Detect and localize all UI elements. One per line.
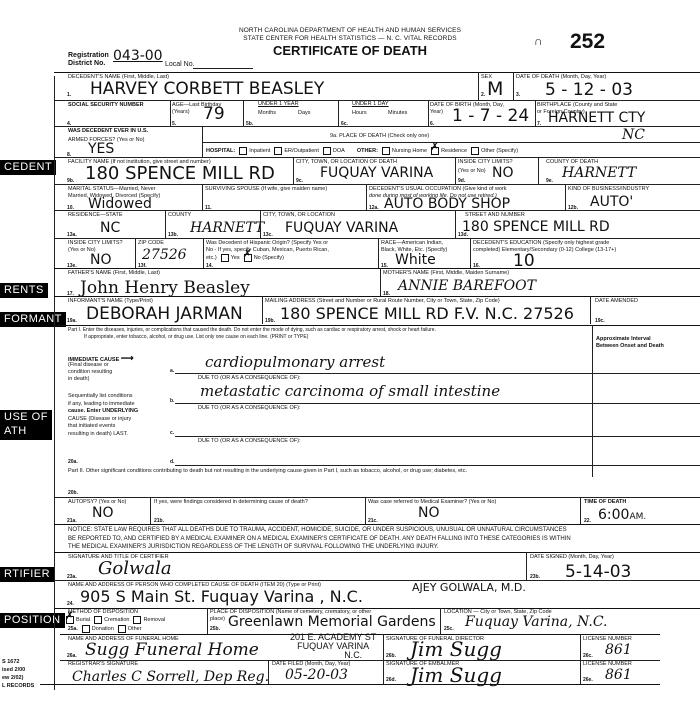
age-years-label: (Years) (172, 109, 190, 116)
date-signed: 5-14-03 (565, 563, 631, 581)
method-options-row-2: 25a. Donation Other (68, 625, 142, 633)
hours-label: Hours (352, 110, 367, 117)
sex-value: M (487, 80, 503, 98)
checkbox-label: ER/Outpatient (284, 148, 319, 155)
minutes-label: Minutes (388, 110, 407, 117)
checkbox-label: Other (Specify) (481, 148, 518, 155)
doa-checkbox[interactable] (323, 147, 331, 155)
field-number: 19c. (595, 318, 605, 324)
field-number: 2. (481, 92, 485, 98)
under-day-label: UNDER 1 DAY (352, 101, 389, 108)
mother-name: ANNIE BAREFOOT (398, 279, 536, 294)
field-number: 25b. (210, 626, 220, 632)
father-name: John Henry Beasley (80, 279, 250, 297)
section-tab-cause-of-death: USE OF ATH (0, 410, 52, 440)
field-number: 1. (67, 92, 71, 98)
registration-label: Registration District No. (68, 52, 109, 67)
cause-line-a: cardiopulmonary arrest (205, 355, 385, 370)
part-1-text: Part I. Enter the diseases, injuries, or… (68, 327, 436, 334)
city-of-death: FUQUAY VARINA (320, 166, 433, 181)
time-suffix: AM. (629, 512, 646, 522)
place-of-disposition-label-2: place) (210, 616, 225, 623)
birthplace-line-2: NC (622, 128, 645, 143)
facility-name: 180 SPENCE MILL RD (85, 165, 275, 183)
er-outpatient-checkbox[interactable] (274, 147, 282, 155)
inpatient-checkbox[interactable] (239, 147, 247, 155)
checkbox-label: Removal (143, 617, 165, 624)
sequential-cause-sub: Sequentially list conditions if any, lea… (68, 393, 138, 438)
zip-label: ZIP CODE (138, 240, 164, 247)
birthplace: HARNETT CTY (548, 111, 645, 126)
sub-line: Sequentially list conditions (68, 393, 138, 401)
immediate-cause-sub: (Final disease or condition resulting in… (68, 362, 112, 383)
cause-line-letter: b. (170, 398, 174, 404)
sub-line: in death) (68, 376, 112, 383)
field-number: 3. (516, 92, 520, 98)
date-of-birth-label-2: Year) (430, 109, 443, 116)
ssn-label: SOCIAL SECURITY NUMBER (68, 102, 144, 109)
local-no-label: Local No. (165, 61, 195, 68)
burial-checkbox[interactable] (66, 616, 74, 624)
checkbox-label: Cremation (104, 617, 129, 624)
registration-label-2: District No. (68, 60, 109, 68)
field-number: 26d. (386, 677, 396, 683)
residence-checkbox[interactable] (431, 147, 439, 155)
under-year-label: UNDER 1 YEAR (258, 101, 299, 108)
occupation-label: DECEDENT'S USUAL OCCUPATION (Give kind o… (369, 186, 507, 193)
agency-line-1: NORTH CAROLINA DEPARTMENT OF HEALTH AND … (220, 27, 480, 35)
field-number: 20a. (68, 459, 78, 465)
hispanic-no-checkbox[interactable] (244, 254, 252, 262)
part-2-instructions: Part II. Other significant conditions co… (68, 468, 467, 475)
section-tab-certifier: RTIFIER (0, 567, 54, 582)
tab-cause-line-2: ATH (4, 424, 48, 438)
mother-name-label: MOTHER'S NAME (First, Middle, Maiden Sur… (383, 270, 509, 277)
hospital-label: HOSPITAL: (206, 148, 235, 155)
place-of-death-options: HOSPITAL: Inpatient ER/Outpatient DOA OT… (206, 147, 518, 155)
certificate-number: 252 (570, 30, 605, 54)
checkbox-label: No (Specify) (254, 255, 284, 262)
certifier-signature: Golwala (98, 560, 172, 578)
field-number: 26b. (386, 653, 396, 659)
field-number: 26e. (583, 677, 593, 683)
date-filed: 05-20-03 (285, 668, 348, 683)
date-of-death: 5 - 12 - 03 (545, 81, 633, 99)
hispanic-label-2: No - If yes, specify Cuban, Mexican, Pue… (206, 247, 329, 254)
age-value: 79 (203, 105, 225, 123)
completer-name: AJEY GOLWALA, M.D. (412, 580, 526, 595)
armed-forces-value: YES (88, 142, 114, 157)
residence-county: HARNETT (190, 221, 264, 236)
residence-county-label: COUNTY (168, 212, 191, 219)
field-number: 25c. (444, 626, 454, 632)
informant-address: 180 SPENCE MILL RD F.V. N.C. 27526 (280, 305, 574, 323)
time-value: 6:00 (598, 507, 629, 523)
interval-label: Approximate Interval Between Onset and D… (596, 336, 666, 349)
cremation-checkbox[interactable] (94, 616, 102, 624)
residence-state-label: RESIDENCE—STATE (68, 212, 123, 219)
other-specify-checkbox[interactable] (471, 147, 479, 155)
residence-inside-city-label: INSIDE CITY LIMITS? (68, 240, 123, 247)
field-number: 25a. (68, 626, 78, 633)
checkbox-label: Nursing Home (392, 148, 427, 155)
section-tab-parents: RENTS (0, 283, 48, 298)
medical-examiner-value: NO (418, 506, 440, 521)
other-disposition-checkbox[interactable] (118, 625, 126, 633)
residence-street: 180 SPENCE MILL RD (462, 220, 610, 235)
residence-state: NC (100, 221, 120, 236)
marital-status-label: MARITAL STATUS—Married, Never (68, 186, 156, 193)
registration-district: 043-00 (113, 49, 163, 64)
county-of-death: HARNETT (562, 166, 636, 181)
checkbox-label: Donation (92, 626, 114, 633)
inside-city-value: NO (492, 166, 514, 181)
father-name-label: FATHER'S NAME (First, Middle, Last) (68, 270, 160, 277)
sub-line: cause. Enter UNDERLYING (68, 408, 138, 416)
notice-line-1: NOTICE: STATE LAW REQUIRES THAT ALL DEAT… (68, 526, 698, 535)
findings-label: If yes, were findings considered in dete… (154, 499, 308, 506)
embalmer-license: 861 (605, 668, 632, 683)
disposition-location: Fuquay Varina, N.C. (465, 615, 608, 630)
funeral-home-address-line: FUQUAY VARINA (290, 642, 376, 651)
race-label: RACE—American Indian, (381, 240, 443, 247)
checkbox-label: DOA (333, 148, 345, 155)
cause-line-letter: a. (170, 368, 174, 374)
autopsy-value: NO (92, 506, 114, 521)
field-number: 19b. (265, 318, 275, 324)
inside-city-label-2: (Yes or No) (458, 168, 486, 175)
tab-cause-line-1: USE OF (4, 410, 48, 424)
cause-line-letter: d. (170, 459, 174, 465)
field-number: 24. (67, 601, 74, 607)
business-label: KIND OF BUSINESS/INDUSTRY (568, 186, 649, 193)
removal-checkbox[interactable] (133, 616, 141, 624)
form-info-line: ew 2/02) (2, 674, 34, 682)
residence-street-label: STREET AND NUMBER (465, 212, 525, 219)
donation-checkbox[interactable] (82, 625, 90, 633)
sub-line: condition resulting (68, 369, 112, 376)
months-label: Months (258, 110, 276, 117)
sub-line: if any, leading to immediate (68, 401, 138, 409)
race: White (395, 253, 436, 268)
funeral-home-address-line: N.C. (290, 651, 376, 660)
due-to-label: DUE TO (OR AS A CONSEQUENCE OF): (198, 405, 300, 412)
zip-code: 27526 (142, 248, 187, 263)
sub-line: (Final disease or (68, 362, 112, 369)
date-of-birth: 1 - 7 - 24 (452, 107, 529, 125)
funeral-home-name: Sugg Funeral Home (85, 641, 259, 659)
registrar-signature-label: REGISTRAR'S SIGNATURE (68, 661, 138, 668)
field-number: 19a. (67, 318, 77, 324)
residence-city-label: CITY, TOWN, OR LOCATION (263, 212, 335, 219)
form-info-line: S 1672 (2, 658, 34, 666)
checkbox-label: Residence (441, 148, 467, 155)
cause-line-letter: c. (170, 430, 174, 436)
nursing-home-checkbox[interactable] (382, 147, 390, 155)
other-label: OTHER: (357, 148, 378, 155)
field-number: 20b. (68, 490, 78, 496)
hispanic-yes-checkbox[interactable] (221, 254, 229, 262)
agency-line-2: STATE CENTER FOR HEALTH STATISTICS — N. … (220, 35, 480, 43)
due-to-label: DUE TO (OR AS A CONSEQUENCE OF): (198, 438, 300, 445)
hispanic-label: Was Decedent of Hispanic Origin? (Specif… (206, 240, 328, 247)
time-of-death-label: TIME OF DEATH (584, 499, 626, 506)
form-info-line: L RECORDS (2, 682, 34, 690)
part-1-instructions: Part I. Enter the diseases, injuries, or… (68, 327, 436, 341)
method-label: METHOD OF DISPOSITION (68, 609, 138, 616)
date-signed-label: DATE SIGNED (Month, Day, Year) (530, 554, 614, 561)
birthplace-label: BIRTHPLACE (County and State (537, 102, 617, 109)
sub-line: CAUSE (Disease or injury (68, 416, 138, 424)
method-options-row-1: Burial Cremation Removal (66, 616, 165, 624)
notice-line-1-text: NOTICE: STATE LAW REQUIRES THAT ALL DEAT… (68, 527, 567, 533)
funeral-director-signature: Jim Sugg (410, 640, 502, 658)
residence-city: FUQUAY VARINA (285, 221, 398, 236)
informant-name: DEBORAH JARMAN (86, 305, 243, 323)
cause-line-b: metastatic carcinoma of small intestine (200, 384, 500, 399)
notice-text: NOTICE: STATE LAW REQUIRES THAT ALL DEAT… (68, 526, 698, 552)
place-of-disposition: Greenlawn Memorial Gardens (228, 615, 436, 630)
completer-address: 905 S Main St. Fuquay Varina , N.C. (80, 588, 363, 606)
field-number: 26c. (583, 653, 593, 659)
document-title: CERTIFICATE OF DEATH (220, 43, 480, 58)
notice-line-3: THE MEDICAL EXAMINER'S JURISDICTION REGA… (68, 543, 698, 552)
checkbox-label: Yes (231, 255, 240, 262)
part-1-text-2: If appropriate, enter tobacco, alcohol, … (68, 334, 436, 341)
place-of-death-label: 9a. PLACE OF DEATH (Check only one) (330, 133, 429, 140)
registration-label-1: Registration (68, 52, 109, 60)
business: AUTO' (590, 195, 633, 210)
hispanic-label-3: etc.) (206, 255, 217, 262)
notice-line-2: BE REPORTED TO, AND CERTIFIED BY A MEDIC… (68, 535, 698, 544)
funeral-home-address: 201 E. ACADEMY ST FUQUAY VARINA N.C. (290, 633, 376, 660)
field-number: 26a. (67, 653, 77, 659)
date-amended-label: DATE AMENDED (595, 298, 638, 305)
sub-line: that initiated events (68, 423, 138, 431)
spouse-label: SURVIVING SPOUSE (If wife, give maiden n… (205, 186, 327, 193)
embalmer-signature: Jim Sugg (410, 666, 502, 684)
section-tab-decedent: CEDENT (0, 160, 56, 175)
time-of-death: 6:00AM. (598, 508, 646, 525)
education-label-2: completed) Elementary/Secondary (0-12) C… (473, 247, 616, 254)
days-label: Days (298, 110, 311, 117)
education-label: DECEDENT'S EDUCATION (Specify only highe… (473, 240, 609, 247)
residence-inside-city: NO (90, 253, 112, 268)
sub-line: resulting in death) LAST. (68, 431, 138, 439)
form-info-line: ised 2/00 (2, 666, 34, 674)
hispanic-options: etc.) Yes No (Specify) (206, 254, 284, 262)
funeral-director-license: 861 (605, 643, 632, 658)
agency-header: NORTH CAROLINA DEPARTMENT OF HEALTH AND … (220, 27, 480, 43)
due-to-label: DUE TO (OR AS A CONSEQUENCE OF): (198, 375, 300, 382)
checkbox-label: Inpatient (249, 148, 270, 155)
decedent-name: HARVEY CORBETT BEASLEY (90, 80, 324, 98)
form-info: S 1672 ised 2/00 ew 2/02) L RECORDS (2, 658, 34, 690)
armed-forces-label: WAS DECEDENT EVER IN U.S. (68, 128, 148, 135)
corner-mark: ∩ (534, 34, 543, 48)
checkbox-label: Burial (76, 617, 90, 624)
checkbox-label: Other (128, 626, 142, 633)
